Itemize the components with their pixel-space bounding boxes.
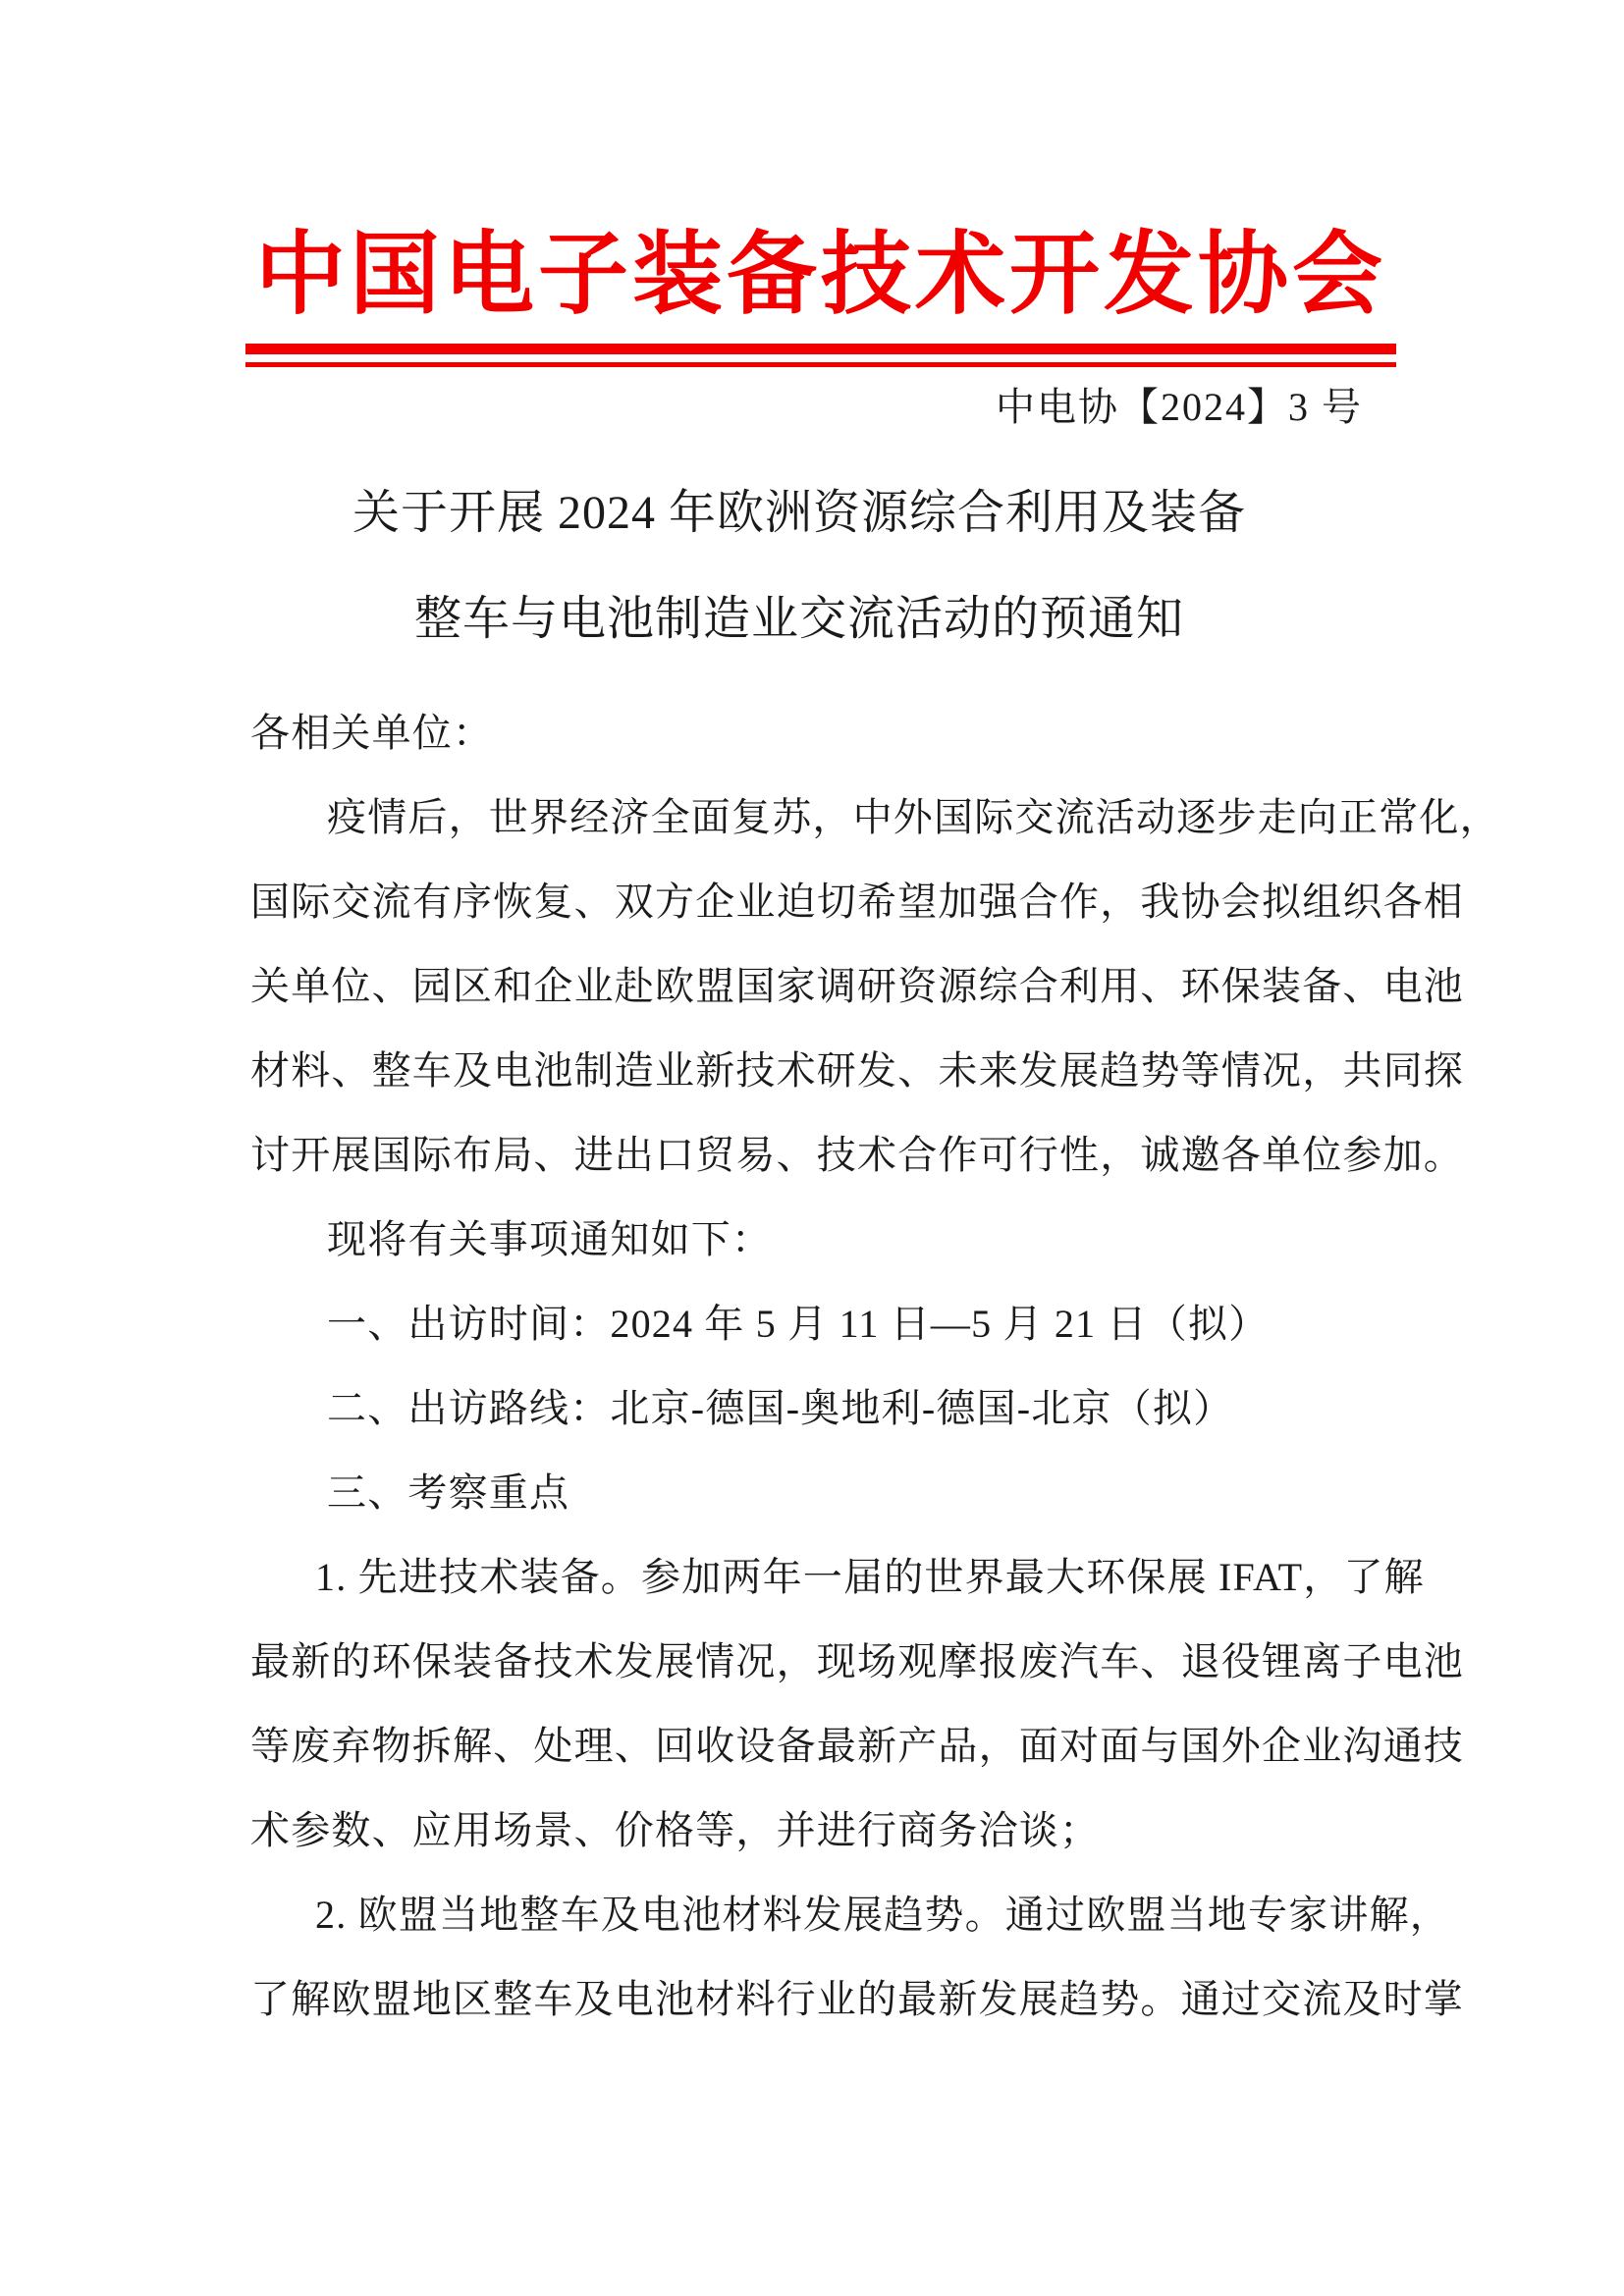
document-title-line-1: 关于开展 2024 年欧洲资源综合利用及装备 [224,490,1375,537]
letterhead-title: 中国电子装备技术开发协会 [245,230,1396,320]
body-line: 了解欧盟地区整车及电池材料行业的最新发展趋势。通过交流及时掌 [250,1957,1434,2042]
body-line: 术参数、应用场景、价格等，并进行商务洽谈； [250,1789,1434,1873]
body-line: 讨开展国际布局、进出口贸易、技术合作可行性，诚邀各单位参加。 [250,1113,1434,1198]
body-line: 国际交流有序恢复、双方企业迫切希望加强合作，我协会拟组织各相 [250,860,1434,944]
body-line-subitem-2: 2. 欧盟当地整车及电池材料发展趋势。通过欧盟当地专家讲解， [250,1873,1434,1957]
body-line: 最新的环保装备技术发展情况，现场观摩报废汽车、退役锂离子电池 [250,1620,1434,1704]
body-line: 等废弃物拆解、处理、回收设备最新产品，面对面与国外企业沟通技 [250,1704,1434,1789]
doc-number: 中电协【2024】3 号 [996,384,1363,431]
letterhead-rule-thin [245,362,1396,367]
document-page: 中国电子装备技术开发协会 中电协【2024】3 号 关于开展 2024 年欧洲资… [0,0,1624,2296]
body-line: 关单位、园区和企业赴欧盟国家调研资源综合利用、环保装备、电池 [250,944,1434,1029]
letterhead-rule-thick [245,344,1396,354]
body-line-item-1: 一、出访时间：2024 年 5 月 11 日—5 月 21 日（拟） [250,1282,1434,1366]
body-line: 现将有关事项通知如下： [250,1198,1434,1282]
salutation-line: 各相关单位： [250,691,1434,775]
body-line: 疫情后，世界经济全面复苏，中外国际交流活动逐步走向正常化， [250,775,1434,860]
body-line-item-3: 三、考察重点 [250,1451,1434,1535]
document-body: 各相关单位： 疫情后，世界经济全面复苏，中外国际交流活动逐步走向正常化， 国际交… [250,691,1434,2042]
document-title-line-2: 整车与电池制造业交流活动的预通知 [224,596,1375,643]
body-line: 材料、整车及电池制造业新技术研发、未来发展趋势等情况，共同探 [250,1029,1434,1113]
body-line-item-2: 二、出访路线：北京-德国-奥地利-德国-北京（拟） [250,1366,1434,1451]
body-line-subitem-1: 1. 先进技术装备。参加两年一届的世界最大环保展 IFAT，了解 [250,1535,1434,1620]
